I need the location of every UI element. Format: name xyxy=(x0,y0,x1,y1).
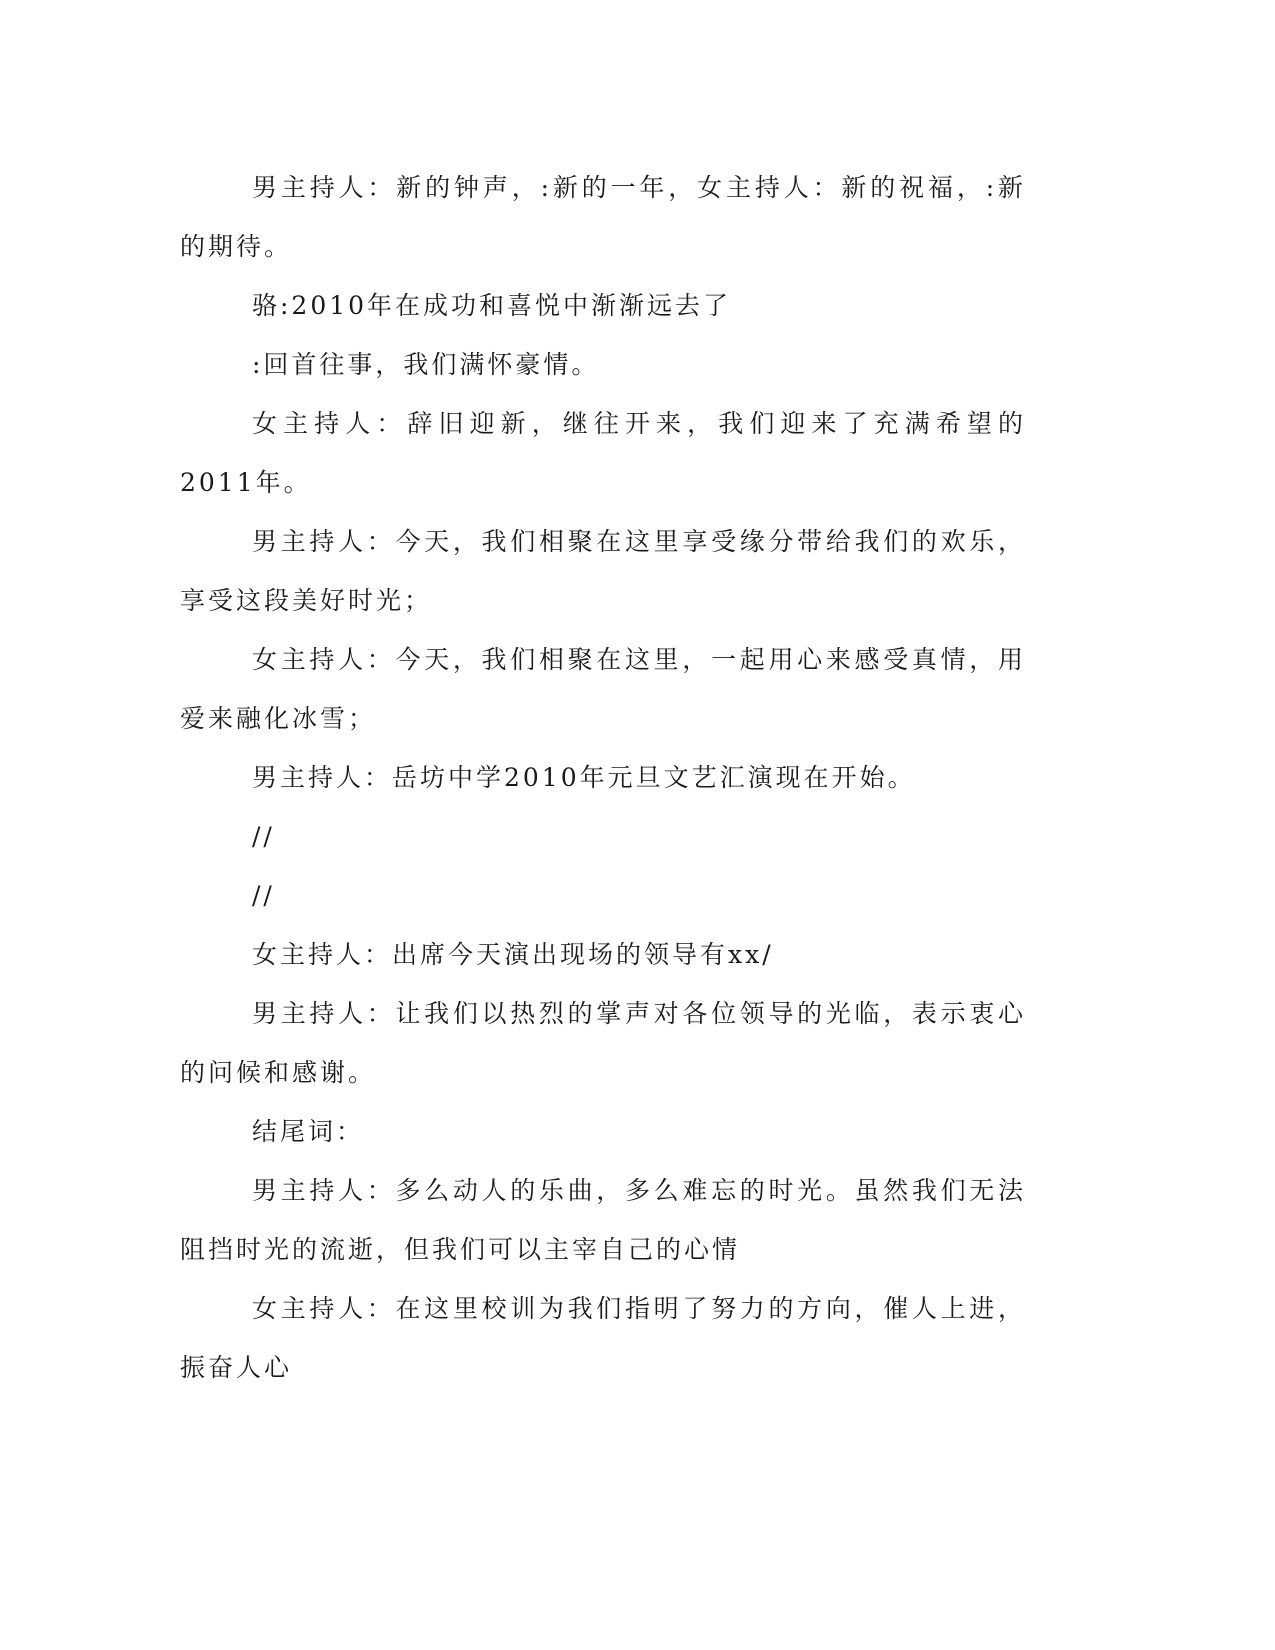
paragraph-2010-farewell: 骆:2010年在成功和喜悦中渐渐远去了 xyxy=(180,276,1026,335)
paragraph-separator-2: // xyxy=(180,866,1026,925)
paragraph-closing-female: 女主持人：在这里校训为我们指明了努力的方向，催人上进，振奋人心 xyxy=(180,1279,1026,1397)
paragraph-opening: 男主持人：新的钟声，:新的一年，女主持人：新的祝福，:新的期待。 xyxy=(180,158,1026,276)
section-heading-closing: 结尾词： xyxy=(180,1102,1026,1161)
paragraph-leaders-present: 女主持人：出席今天演出现场的领导有xx/ xyxy=(180,925,1026,984)
paragraph-applause: 男主持人：让我们以热烈的掌声对各位领导的光临，表示衷心的问候和感谢。 xyxy=(180,984,1026,1102)
paragraph-female-host-today: 女主持人：今天，我们相聚在这里，一起用心来感受真情，用爱来融化冰雪； xyxy=(180,630,1026,748)
paragraph-male-host-today: 男主持人：今天，我们相聚在这里享受缘分带给我们的欢乐，享受这段美好时光； xyxy=(180,512,1026,630)
document-page: 男主持人：新的钟声，:新的一年，女主持人：新的祝福，:新的期待。 骆:2010年… xyxy=(180,158,1026,1397)
paragraph-separator-1: // xyxy=(180,807,1026,866)
paragraph-welcome-2011: 女主持人：辞旧迎新，继往开来，我们迎来了充满希望的2011年。 xyxy=(180,394,1026,512)
paragraph-closing-male: 男主持人：多么动人的乐曲，多么难忘的时光。虽然我们无法阻挡时光的流逝，但我们可以… xyxy=(180,1161,1026,1279)
paragraph-look-back: :回首往事，我们满怀豪情。 xyxy=(180,335,1026,394)
paragraph-show-start: 男主持人：岳坊中学2010年元旦文艺汇演现在开始。 xyxy=(180,748,1026,807)
